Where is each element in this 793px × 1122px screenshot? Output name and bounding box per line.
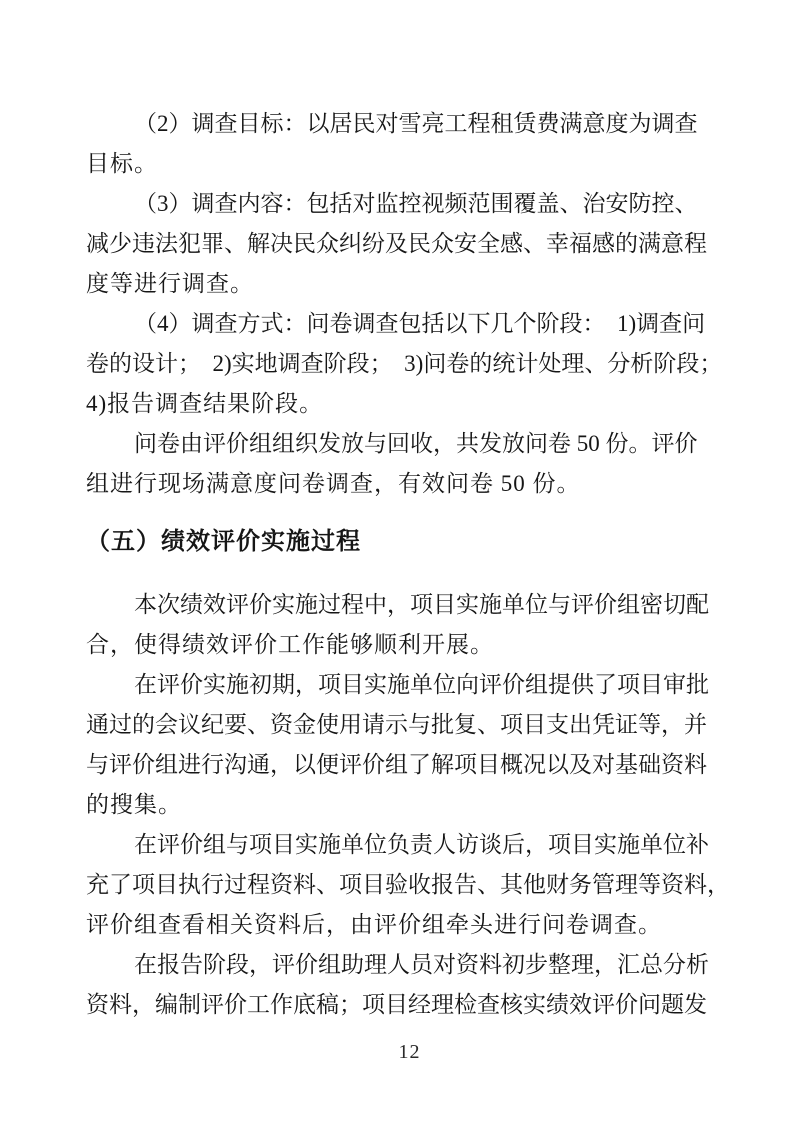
text-line: 卷的设计； 2)实地调查阶段； 3)问卷的统计处理、分析阶段； [86,344,687,384]
glyph-cluster: 问 [134,424,157,464]
glyph-cluster: 统 [492,344,515,384]
glyph-cluster: 步 [525,945,548,985]
glyph-cluster: 、 [224,224,247,264]
glyph-cluster: 方 [238,304,261,344]
glyph-cluster: 民 [408,224,431,264]
glyph-cluster: 阶 [324,344,347,384]
glyph-cluster: 资 [456,945,479,985]
glyph-cluster: 问 [307,304,330,344]
glyph-cluster: 了 [594,665,617,705]
glyph-cluster: 回 [387,424,410,464]
glyph-cluster: 行 [201,865,224,905]
glyph-cluster: 括 [330,184,353,224]
glyph-cluster: 价 [226,424,249,464]
glyph-cluster: 分 [663,945,686,985]
glyph-cluster: 调 [636,304,659,344]
glyph-cluster: 本 [134,585,157,625]
glyph-cluster: 评 [272,945,295,985]
glyph-cluster: 卷 [86,344,109,384]
glyph-cluster: 访 [456,825,479,865]
glyph-cluster: 以 [293,745,316,785]
glyph-cluster: 与 [548,585,571,625]
glyph-cluster: 全 [477,224,500,264]
text-line: 资料，编制评价工作底稿；项目经理检查核实绩效评价问题发 [86,985,687,1025]
glyph-cluster: 安 [454,224,477,264]
glyph-cluster: 告 [454,865,477,905]
glyph-cluster: 工 [445,104,468,144]
glyph-cluster: 众 [431,224,454,264]
glyph-cluster: 助 [341,945,364,985]
paragraph: 在评价实施初期，项目实施单位向评价组提供了项目审批通过的会议纪要、资金使用请示与… [86,665,687,825]
glyph-cluster: 调 [192,184,215,224]
paragraph: 在报告阶段，评价组助理人员对资料初步整理，汇总分析资料，编制评价工作底稿；项目经… [86,945,687,1025]
glyph-cluster: 实 [456,585,479,625]
glyph-cluster: 的 [132,705,155,745]
glyph-cluster: 等 [638,705,661,745]
glyph-cluster: ： [284,304,307,344]
glyph-cluster: 料 [293,865,316,905]
text-line: 在评价实施初期，项目实施单位向评价组提供了项目审批 [86,665,687,705]
glyph-cluster: 以 [546,745,569,785]
glyph-cluster: 问 [525,424,548,464]
glyph-cluster: 目 [362,865,385,905]
glyph-cluster: 、 [247,705,270,745]
glyph-cluster: 价 [502,665,525,705]
glyph-cluster: ， [525,825,548,865]
glyph-cluster: 项 [410,585,433,625]
glyph-cluster: 查 [215,104,238,144]
glyph-cluster: 赁 [514,104,537,144]
glyph-cluster: 组 [155,745,178,785]
glyph-cluster: 单 [640,825,663,865]
glyph-cluster: 了 [408,745,431,785]
glyph-cluster: 以 [445,304,468,344]
glyph-cluster: 谈 [479,825,502,865]
heading-text-line: （五）绩效评价实施过程 [86,522,687,562]
glyph-cluster: 感 [592,224,615,264]
glyph-cluster: 对 [376,104,399,144]
glyph-cluster: 几 [491,304,514,344]
glyph-cluster: ， [387,585,410,625]
glyph-cluster: 证 [615,705,638,745]
glyph-cluster: 、 [584,344,607,384]
glyph-cluster: 问 [682,304,705,344]
glyph-cluster: 员 [410,945,433,985]
glyph-cluster: 验 [385,865,408,905]
glyph-cluster: 会 [155,705,178,745]
glyph-cluster: 人 [387,945,410,985]
glyph-cluster: 通 [247,745,270,785]
glyph-cluster: 查 [376,304,399,344]
glyph-cluster: （ [134,184,157,224]
glyph-cluster: 制 [178,985,201,1025]
glyph-cluster: 使 [316,705,339,745]
glyph-cluster: 监 [376,184,399,224]
glyph-cluster: 目 [341,665,364,705]
glyph-cluster: 料 [684,745,707,785]
glyph-cluster: 决 [270,224,293,264]
glyph-cluster: 意 [661,224,684,264]
glyph-cluster: 、 [523,224,546,264]
glyph-cluster: 批 [686,665,709,705]
glyph-cluster: 实 [364,665,387,705]
glyph-cluster: 施 [295,585,318,625]
glyph-cluster: 评 [201,985,224,1025]
glyph-cluster: 价 [615,985,638,1025]
glyph-cluster: 用 [339,705,362,745]
glyph-cluster: 、 [477,705,500,745]
glyph-cluster: 阶 [537,304,560,344]
glyph-cluster: 犯 [178,224,201,264]
glyph-cluster: 居 [330,104,353,144]
glyph-cluster: ， [661,705,684,745]
glyph-cluster: 务 [569,865,592,905]
glyph-cluster: 执 [178,865,201,905]
glyph-cluster: 支 [546,705,569,745]
glyph-cluster: 目 [155,865,178,905]
glyph-cluster: 4 [157,304,169,344]
glyph-cluster: 卷 [446,344,469,384]
glyph-cluster: 料 [109,985,132,1025]
glyph-cluster: 资 [270,705,293,745]
glyph-cluster: 放 [341,424,364,464]
glyph-cluster: 发 [318,424,341,464]
glyph-cluster: 评 [339,745,362,785]
glyph-cluster: 卷 [548,424,571,464]
glyph-cluster: 实 [203,665,226,705]
glyph-cluster: 位 [433,665,456,705]
text-line: 与评价组进行沟通，以便评价组了解项目概况以及对基础资料 [86,745,687,785]
glyph-cluster: 初 [502,945,525,985]
glyph-cluster: 价 [249,585,272,625]
glyph-cluster: 民 [293,224,316,264]
glyph-cluster: ） [169,104,192,144]
glyph-cluster: 请 [362,705,385,745]
glyph-cluster: 评 [479,665,502,705]
glyph-cluster: ） [169,184,192,224]
glyph-cluster: 目 [385,985,408,1025]
glyph-cluster: 防 [629,184,652,224]
glyph-cluster: 他 [523,865,546,905]
glyph-cluster: 括 [422,304,445,344]
glyph-cluster: ， [249,945,272,985]
glyph-cluster: ； [178,344,201,384]
glyph-cluster: 查 [301,344,324,384]
text-line: 在评价组与项目实施单位负责人访谈后，项目实施单位补 [86,825,687,865]
glyph-cluster: 组 [249,424,272,464]
glyph-cluster: 雪 [399,104,422,144]
glyph-cluster: 计 [515,344,538,384]
glyph-cluster: （ [134,304,157,344]
glyph-cluster: 个 [514,304,537,344]
glyph-cluster: ， [433,424,456,464]
glyph-cluster: 对 [353,184,376,224]
glyph-cluster: 1) [606,304,637,344]
glyph-cluster: 在 [134,945,157,985]
glyph-cluster: 实 [594,825,617,865]
glyph-cluster: 控 [652,184,675,224]
glyph-cluster: 位 [364,825,387,865]
glyph-cluster: 满 [638,224,661,264]
glyph-cluster: 过 [109,705,132,745]
glyph-cluster: 目 [433,585,456,625]
glyph-cluster: 出 [569,705,592,745]
glyph-cluster: 围 [491,184,514,224]
glyph-cluster: 治 [583,184,606,224]
glyph-cluster: 组 [525,665,548,705]
glyph-cluster: 评 [592,985,615,1025]
glyph-cluster: ， [295,665,318,705]
glyph-cluster: 理 [431,985,454,1025]
glyph-cluster: 施 [387,665,410,705]
glyph-cluster: 总 [640,945,663,985]
glyph-cluster: 理 [364,945,387,985]
glyph-cluster: 评 [157,665,180,705]
glyph-cluster: 度 [606,104,629,144]
glyph-cluster: 项 [548,825,571,865]
glyph-cluster: 查 [477,985,500,1025]
glyph-cluster: ： [284,184,307,224]
glyph-cluster: 问 [423,344,446,384]
glyph-cluster: 视 [422,184,445,224]
glyph-cluster: 组 [385,745,408,785]
glyph-cluster: 2) [201,344,232,384]
glyph-cluster: 位 [525,585,548,625]
glyph-cluster: 组 [272,424,295,464]
glyph-cluster: 段 [560,304,583,344]
glyph-cluster: 补 [686,825,709,865]
glyph-cluster: 实 [523,985,546,1025]
glyph-cluster: 、 [477,865,500,905]
glyph-cluster: 议 [178,705,201,745]
paragraph: （4）调查方式：问卷调查包括以下几个阶段： 1)调查问卷的设计； 2)实地调查阶… [86,304,687,424]
glyph-cluster: 项 [249,825,272,865]
glyph-cluster: 调 [192,104,215,144]
glyph-cluster: 财 [546,865,569,905]
glyph-cluster: 绩 [546,985,569,1025]
glyph-cluster: 价 [224,985,247,1025]
glyph-cluster: 析 [686,945,709,985]
glyph-cluster: 经 [408,985,431,1025]
glyph-cluster: 程 [341,585,364,625]
glyph-cluster: 的 [109,344,132,384]
glyph-cluster: 责 [410,825,433,865]
glyph-cluster: 程 [684,224,707,264]
glyph-cluster: 由 [180,424,203,464]
glyph-cluster: 问 [638,985,661,1025]
glyph-cluster: 段 [226,945,249,985]
paragraph: 本次绩效评价实施过程中，项目实施单位与评价组密切配合，使得绩效评价工作能够顺利开… [86,585,687,665]
glyph-cluster: 幸 [546,224,569,264]
glyph-cluster: 范 [468,184,491,224]
glyph-cluster: 价 [180,665,203,705]
glyph-cluster: 放 [502,424,525,464]
glyph-cluster: 目 [238,104,261,144]
text-line: 合，使得绩效评价工作能够顺利开展。 [86,625,687,665]
glyph-cluster: 亮 [422,104,445,144]
glyph-cluster: 期 [272,665,295,705]
glyph-cluster: 目 [640,665,663,705]
glyph-cluster: 收 [410,424,433,464]
glyph-cluster: 配 [686,585,709,625]
glyph-cluster: 概 [500,745,523,785]
glyph-cluster: 的 [469,344,492,384]
glyph-cluster: 施 [318,825,341,865]
text-line: 组进行现场满意度问卷调查，有效问卷 50 份。 [86,464,687,504]
glyph-cluster: 核 [500,985,523,1025]
text-line: 本次绩效评价实施过程中，项目实施单位与评价组密切配 [86,585,687,625]
glyph-cluster: 过 [318,585,341,625]
glyph-cluster: 。 [629,424,652,464]
glyph-cluster: 理 [561,344,584,384]
glyph-cluster: 复 [454,705,477,745]
glyph-cluster: 项 [318,665,341,705]
glyph-cluster: 等 [638,865,661,905]
glyph-cluster: 施 [226,665,249,705]
glyph-cluster: 负 [387,825,410,865]
glyph-cluster: 众 [316,224,339,264]
glyph-cluster: 资 [661,745,684,785]
glyph-cluster: 查 [215,184,238,224]
glyph-cluster: 纠 [339,224,362,264]
page-number: 12 [13,1041,793,1064]
glyph-cluster: 通 [86,705,109,745]
glyph-cluster: 密 [640,585,663,625]
glyph-cluster: 项 [362,985,385,1025]
glyph-cluster: 覆 [514,184,537,224]
glyph-cluster: 民 [353,104,376,144]
glyph-cluster: 单 [341,825,364,865]
glyph-cluster: 组 [318,945,341,985]
glyph-cluster: 调 [278,344,301,384]
glyph-cluster: 50 [571,424,606,464]
glyph-cluster: 资 [661,865,684,905]
glyph-cluster: 发 [684,985,707,1025]
glyph-cluster: 解 [431,745,454,785]
glyph-cluster: 绩 [180,585,203,625]
glyph-cluster: 编 [155,985,178,1025]
glyph-cluster: 卷 [157,424,180,464]
glyph-cluster: 评 [109,745,132,785]
glyph-cluster: 料 [479,945,502,985]
glyph-cluster: 调 [353,304,376,344]
glyph-cluster: 法 [155,224,178,264]
glyph-cluster: 查 [675,104,698,144]
text-line: 的搜集。 [86,785,687,825]
glyph-cluster: 解 [247,224,270,264]
glyph-cluster: 为 [629,104,652,144]
glyph-cluster: 3) [393,344,424,384]
glyph-cluster: 项 [132,865,155,905]
glyph-cluster: 分 [607,344,630,384]
glyph-cluster: 中 [364,585,387,625]
glyph-cluster: 与 [226,825,249,865]
glyph-cluster: 、 [316,865,339,905]
glyph-cluster: 违 [132,224,155,264]
glyph-cluster: 调 [192,304,215,344]
glyph-cluster: 程 [247,865,270,905]
glyph-cluster: 示 [385,705,408,745]
glyph-cluster: 项 [339,865,362,905]
glyph-cluster: 底 [293,985,316,1025]
glyph-cluster: 价 [675,424,698,464]
glyph-cluster: 施 [617,825,640,865]
glyph-cluster: 价 [132,745,155,785]
glyph-cluster: 评 [226,585,249,625]
document-page: （2）调查目标：以居民对雪亮工程租赁费满意度为调查目标。（3）调查内容：包括对监… [0,0,793,1122]
glyph-cluster: ， [132,985,155,1025]
glyph-cluster: 凭 [592,705,615,745]
glyph-cluster: 租 [491,104,514,144]
paragraph: 在评价组与项目实施单位负责人访谈后，项目实施单位补充了项目执行过程资料、项目验收… [86,825,687,945]
glyph-cluster: ； [699,344,722,384]
glyph-cluster: 便 [316,745,339,785]
glyph-cluster: 阶 [653,344,676,384]
glyph-cluster: 项 [617,665,640,705]
text-line: 度等进行调查。 [86,264,687,304]
glyph-cluster: 实 [295,825,318,865]
glyph-cluster: 份 [606,424,629,464]
glyph-cluster: ； [370,344,393,384]
glyph-cluster: ， [270,745,293,785]
glyph-cluster: 向 [456,665,479,705]
glyph-cluster: 后 [502,825,525,865]
glyph-cluster: 价 [362,745,385,785]
glyph-cluster: 满 [560,104,583,144]
glyph-cluster: 盖 [537,184,560,224]
glyph-cluster: 内 [238,184,261,224]
glyph-cluster: 减 [86,224,109,264]
text-line: 在报告阶段，评价组助理人员对资料初步整理，汇总分析 [86,945,687,985]
glyph-cluster: 阶 [203,945,226,985]
glyph-cluster: 基 [615,745,638,785]
glyph-cluster: 收 [408,865,431,905]
text-line: （2）调查目标：以居民对雪亮工程租赁费满意度为调查 [86,104,687,144]
glyph-cluster: 供 [571,665,594,705]
glyph-cluster: 目 [523,705,546,745]
glyph-cluster: 次 [157,585,180,625]
glyph-cluster: 单 [410,665,433,705]
glyph-cluster: 费 [537,104,560,144]
glyph-cluster: 工 [247,985,270,1025]
glyph-cluster: 、 [675,184,698,224]
glyph-cluster: ， [594,945,617,985]
glyph-cluster: 础 [638,745,661,785]
glyph-cluster: 审 [663,665,686,705]
glyph-cluster: 程 [468,104,491,144]
glyph-cluster: 感 [500,224,523,264]
text-line: 4)报告调查结果阶段。 [86,384,687,424]
glyph-cluster: 评 [203,424,226,464]
glyph-cluster: 告 [180,945,203,985]
glyph-cluster: 目 [571,825,594,865]
glyph-cluster: 单 [502,585,525,625]
glyph-cluster: 纷 [362,224,385,264]
glyph-cluster: 段 [676,344,699,384]
glyph-cluster: 2 [157,104,169,144]
glyph-cluster: 容 [261,184,284,224]
glyph-cluster: 意 [583,104,606,144]
glyph-cluster: 卷 [330,304,353,344]
glyph-cluster: 处 [538,344,561,384]
glyph-cluster: 管 [592,865,615,905]
text-line: （4）调查方式：问卷调查包括以下几个阶段： 1)调查问 [86,304,687,344]
glyph-cluster: ， [707,865,730,905]
glyph-cluster: 在 [134,665,157,705]
glyph-cluster: 地 [255,344,278,384]
glyph-cluster: ； [339,985,362,1025]
glyph-cluster: 目 [272,825,295,865]
